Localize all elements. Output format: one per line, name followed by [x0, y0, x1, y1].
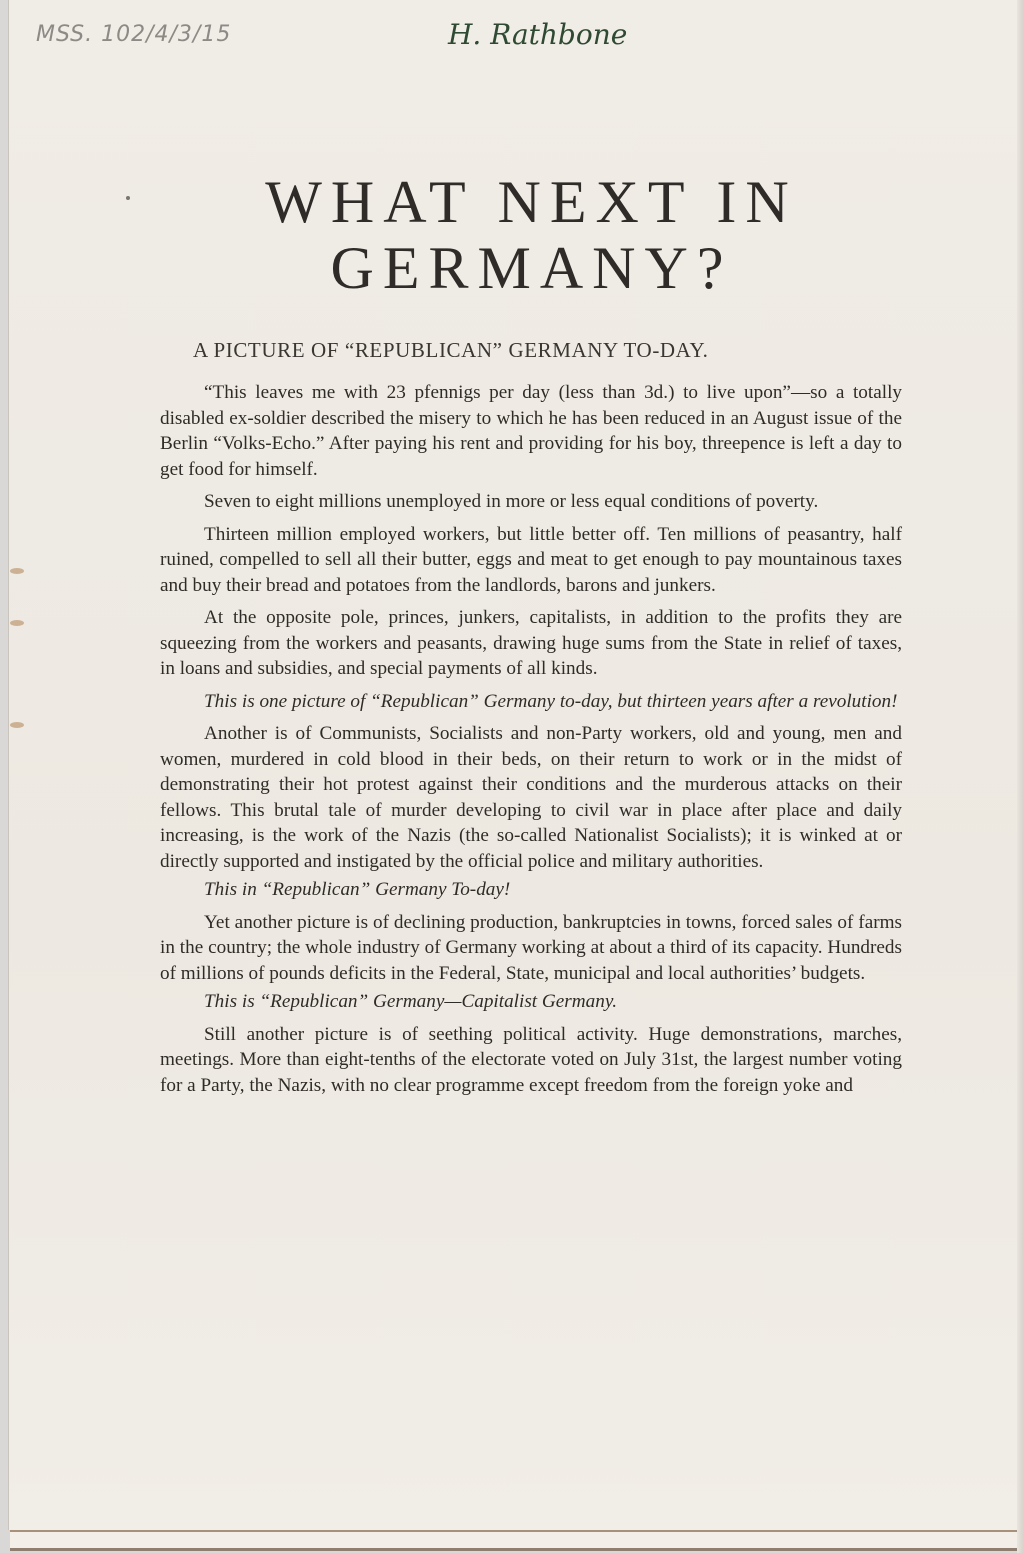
subtitle: A PICTURE OF “REPUBLICAN” GERMANY TO-DAY… — [193, 338, 913, 363]
paragraph: Another is of Communists, Socialists and… — [160, 721, 902, 874]
body-text: “This leaves me with 23 pfennigs per day… — [160, 380, 902, 1105]
title-line-2: GERMANY? — [20, 234, 1023, 303]
handwritten-signature: H. Rathbone — [448, 18, 627, 51]
page-bottom-edge — [10, 1530, 1020, 1551]
title-line-1: WHAT NEXT IN — [20, 168, 1023, 237]
paragraph: Thirteen million employed workers, but l… — [160, 522, 902, 599]
paragraph: Still another picture is of seething pol… — [160, 1022, 902, 1099]
italic-remark: This is one picture of “Republican” Germ… — [160, 689, 902, 715]
italic-remark: This in “Republican” Germany To-day! — [160, 877, 902, 903]
italic-remark: This is “Republican” Germany—Capitalist … — [160, 989, 902, 1015]
catalog-number: MSS. 102/4/3/15 — [36, 22, 231, 47]
staple-mark — [10, 568, 24, 574]
staple-mark — [10, 620, 24, 626]
paragraph: Seven to eight millions unemployed in mo… — [160, 489, 902, 515]
paragraph: Yet another picture is of declining prod… — [160, 910, 902, 987]
paragraph: “This leaves me with 23 pfennigs per day… — [160, 380, 902, 482]
paragraph: At the opposite pole, princes, junkers, … — [160, 605, 902, 682]
staple-mark — [10, 722, 24, 728]
